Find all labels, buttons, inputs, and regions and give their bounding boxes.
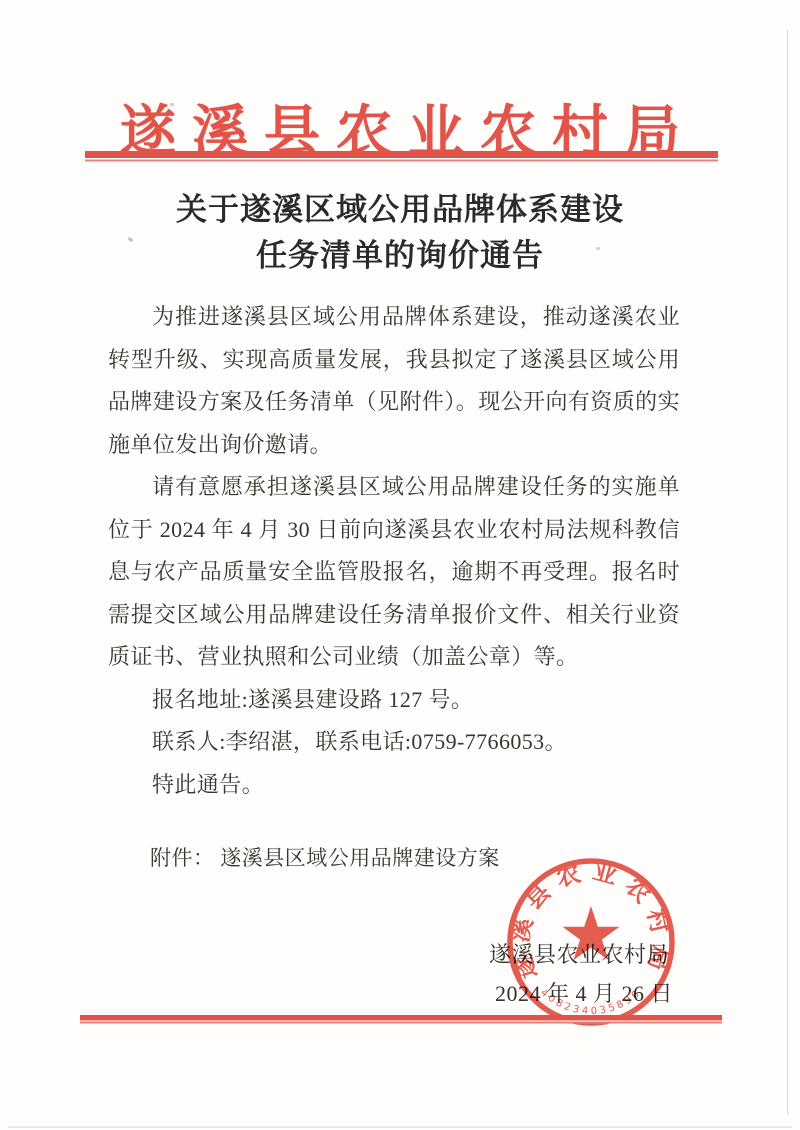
paragraph-application: 请有意愿承担遂溪县区域公用品牌建设任务的实施单位于 2024 年 4 月 30 … [108,466,680,679]
paragraph-intro: 为推进遂溪县区域公用品牌体系建设，推动遂溪农业转型升级、实现高质量发展，我县拟定… [108,296,680,466]
address-line: 报名地址:遂溪县建设路 127 号。 [108,679,680,722]
signature-date: 2024 年 4 月 26 日 [495,977,673,1008]
page-edge-shadow-bottom [8,1126,792,1128]
document-page: 遂溪县农业农村局 关于遂溪区域公用品牌体系建设 任务清单的询价通告 为推进遂溪县… [0,0,800,1130]
letterhead-rule [85,151,718,162]
scan-speckle [596,247,600,250]
footer-rule [80,1015,722,1024]
closing-line: 特此通告。 [108,764,680,807]
scan-speckle [170,103,174,106]
document-title-line1: 关于遂溪区域公用品牌体系建设 [0,184,800,229]
signature-agency: 遂溪县农业农村局 [489,938,669,969]
contact-line: 联系人:李绍湛，联系电话:0759-7766053。 [108,721,680,764]
document-title-line2: 任务清单的询价通告 [0,230,800,275]
page-edge-shadow-right [787,30,788,1115]
attachment-line: 附件： 遂溪县区域公用品牌建设方案 [108,843,708,873]
document-body: 为推进遂溪县区域公用品牌体系建设，推动遂溪农业转型升级、实现高质量发展，我县拟定… [108,296,680,806]
